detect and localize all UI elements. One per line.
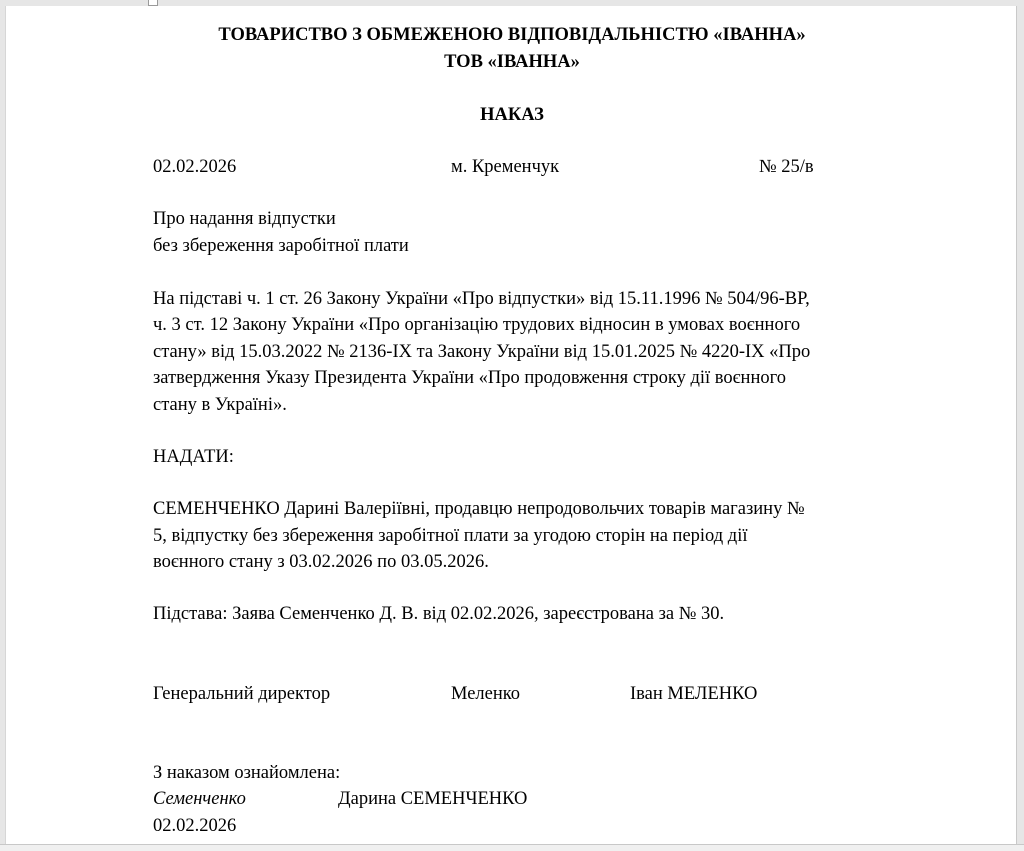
basis-line-3: стану» від 15.03.2022 № 2136-IX та Закон…	[153, 341, 810, 363]
grounds-line: Підстава: Заява Семенченко Д. В. від 02.…	[153, 603, 724, 625]
acknowledgement-date: 02.02.2026	[153, 815, 236, 837]
subject-line-1: Про надання відпустки	[153, 208, 336, 230]
order-date: 02.02.2026	[153, 156, 236, 178]
order-line-2: 5, відпустку без збереження заробітної п…	[153, 525, 748, 547]
acknowledgement-label: З наказом ознайомлена:	[153, 762, 340, 784]
order-line-3: воєнного стану з 03.02.2026 по 03.05.202…	[153, 551, 489, 573]
order-line-1: СЕМЕНЧЕНКО Дарині Валеріївні, продавцю н…	[153, 498, 805, 520]
order-word: НАДАТИ:	[153, 446, 234, 468]
bottom-scroll-area	[0, 844, 1024, 851]
order-number: № 25/в	[759, 156, 814, 178]
acknowledgement-name: Дарина СЕМЕНЧЕНКО	[338, 788, 527, 810]
org-short-name: ТОВ «ІВАННА»	[0, 51, 1024, 73]
basis-line-4: затвердження Указу Президента України «П…	[153, 367, 786, 389]
signature-sign: Меленко	[451, 683, 520, 705]
order-place: м. Кременчук	[451, 156, 559, 178]
basis-line-1: На підставі ч. 1 ст. 26 Закону України «…	[153, 288, 810, 310]
signature-name: Іван МЕЛЕНКО	[630, 683, 757, 705]
basis-line-5: стану в Україні».	[153, 394, 287, 416]
basis-line-2: ч. 3 ст. 12 Закону України «Про організа…	[153, 314, 800, 336]
org-full-name: ТОВАРИСТВО З ОБМЕЖЕНОЮ ВІДПОВІДАЛЬНІСТЮ …	[0, 24, 1024, 46]
signature-position: Генеральний директор	[153, 683, 330, 705]
doc-type-heading: НАКАЗ	[0, 104, 1024, 126]
subject-line-2: без збереження заробітної плати	[153, 235, 409, 257]
acknowledgement-sign: Семенченко	[153, 788, 246, 810]
document-page	[5, 6, 1017, 844]
